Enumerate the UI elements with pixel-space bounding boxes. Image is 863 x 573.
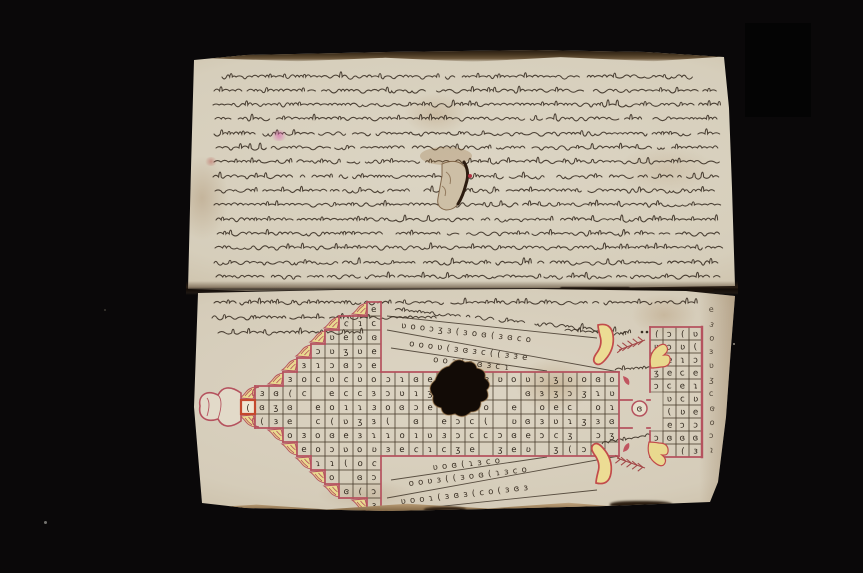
photo-backdrop: ʋooɔʒɜ(ɜoɞ(ɜɞcooooʋ(ɜɞɜc((ɜɜeooɔ(ɜɞɜcɿʋo…: [0, 0, 863, 573]
svg-text:(: (: [655, 329, 659, 339]
svg-text:ɿ: ɿ: [400, 375, 405, 385]
svg-text:e: e: [511, 403, 517, 413]
svg-text:ɞ: ɞ: [609, 417, 616, 427]
svg-text:o: o: [329, 403, 334, 413]
svg-text:ɜ: ɜ: [371, 389, 377, 400]
svg-text:ɿ: ɿ: [693, 381, 698, 391]
svg-text:ʒ: ʒ: [581, 389, 587, 400]
svg-text:c: c: [316, 375, 321, 385]
svg-text:ɜ: ɜ: [302, 431, 307, 441]
svg-text:ɜ: ɜ: [371, 417, 377, 428]
svg-text:ʋ: ʋ: [399, 389, 404, 399]
svg-text:(: (: [344, 459, 348, 469]
svg-text:ɿ: ɿ: [428, 445, 433, 455]
svg-text:ʒ: ʒ: [357, 417, 362, 427]
svg-text:e: e: [693, 368, 699, 378]
svg-text:ɔ: ɔ: [455, 417, 461, 427]
svg-text:ʒ: ʒ: [553, 445, 558, 455]
svg-text:ɞ: ɞ: [693, 433, 699, 443]
svg-text:c: c: [469, 417, 474, 427]
svg-text:ɔ: ɔ: [316, 347, 321, 357]
svg-text:ɔ: ɔ: [357, 361, 363, 372]
svg-text:ɔ: ɔ: [539, 431, 544, 441]
svg-text:ɿ: ɿ: [414, 389, 419, 399]
svg-text:ʒ: ʒ: [654, 368, 659, 378]
svg-text:o: o: [315, 445, 321, 455]
svg-text:e: e: [708, 305, 714, 314]
svg-text:ɔ: ɔ: [413, 403, 419, 413]
svg-text:c: c: [371, 319, 377, 329]
svg-text:ɞ: ɞ: [371, 333, 378, 344]
svg-text:e: e: [553, 403, 559, 413]
svg-text:ɜ: ɜ: [288, 375, 293, 385]
manuscript-top-page: [186, 48, 738, 291]
svg-text:o: o: [357, 459, 363, 469]
svg-text:ʋ: ʋ: [553, 417, 559, 427]
svg-text:ɞ: ɞ: [413, 417, 419, 427]
svg-text:ɔ: ɔ: [330, 361, 335, 371]
svg-text:e: e: [525, 431, 531, 441]
svg-text:ɜ: ɜ: [708, 319, 715, 329]
svg-text:e: e: [301, 445, 306, 455]
svg-text:ɞ: ɞ: [708, 403, 716, 413]
edge-numeral-column: eɜoɜʋʒcɞoɔɿ: [708, 305, 716, 455]
svg-text:ɿ: ɿ: [595, 389, 600, 399]
svg-text:ɿ: ɿ: [343, 403, 348, 413]
svg-text:ɞ: ɞ: [525, 389, 532, 399]
svg-text:o: o: [595, 403, 601, 413]
svg-text:ɞ: ɞ: [273, 389, 279, 399]
svg-text:ɜ: ɜ: [539, 389, 545, 399]
svg-text:ʋ: ʋ: [667, 394, 673, 404]
manuscript-bottom-page: ʋooɔʒɜ(ɜoɞ(ɜɞcooooʋ(ɜɞɜc((ɜɜeooɔ(ɜɞɜcɿʋo…: [186, 287, 738, 517]
svg-text:ɿ: ɿ: [330, 459, 335, 469]
pagoda-number-diagram: ʋooɔʒɜ(ɜoɞ(ɜɞcooooʋ(ɜɞɜc((ɜɜeooɔ(ɜɞɜcɿʋo…: [195, 292, 735, 514]
svg-text:(: (: [246, 404, 249, 414]
svg-text:ɔ: ɔ: [385, 375, 391, 386]
svg-text:c: c: [709, 389, 714, 398]
svg-text:ʒ: ʒ: [497, 445, 503, 456]
dust-speck: [104, 309, 106, 311]
svg-text:c: c: [344, 389, 349, 399]
svg-text:ɿ: ɿ: [386, 431, 391, 441]
svg-text:ʋ: ʋ: [680, 342, 685, 352]
crescent-lower-icon: [592, 444, 612, 484]
svg-text:ʒ: ʒ: [553, 389, 558, 399]
svg-text:ʋ: ʋ: [709, 361, 714, 370]
svg-text:ɔ: ɔ: [595, 431, 601, 442]
svg-text:e: e: [441, 417, 447, 427]
svg-text:ʋ: ʋ: [329, 347, 334, 357]
svg-text:e: e: [287, 417, 293, 428]
svg-text:ɞ: ɞ: [595, 375, 602, 385]
svg-text:ʋ: ʋ: [525, 375, 530, 385]
svg-text:ʋ: ʋ: [497, 375, 503, 385]
svg-text:e: e: [511, 445, 517, 455]
dust-speck: [733, 343, 735, 345]
svg-text:(: (: [288, 389, 292, 399]
svg-text:ɞ: ɞ: [343, 361, 349, 371]
svg-text:ʒ: ʒ: [567, 431, 573, 441]
svg-text:c: c: [553, 431, 559, 441]
svg-text:o: o: [708, 417, 716, 427]
svg-text:ɜ: ɜ: [693, 446, 698, 456]
svg-text:ɜ: ɜ: [371, 403, 377, 413]
svg-text:ɜ: ɜ: [540, 417, 545, 427]
svg-text:ʋ: ʋ: [357, 347, 362, 357]
svg-text:ɿ: ɿ: [357, 403, 362, 413]
edge-blotch: [424, 507, 466, 513]
svg-text:ʒ: ʒ: [553, 375, 559, 386]
svg-text:c: c: [357, 389, 362, 399]
svg-text:ɞ: ɞ: [329, 431, 335, 441]
svg-text:ʒ: ʒ: [273, 403, 279, 413]
pink-ink-mark: [270, 130, 288, 141]
svg-text:c: c: [301, 389, 307, 399]
crescent-upper-icon: [594, 324, 614, 364]
svg-text:ɜ: ɜ: [595, 417, 601, 427]
svg-text:ɿ: ɿ: [709, 445, 715, 455]
svg-text:ʋ: ʋ: [343, 417, 349, 428]
svg-text:ɞ: ɞ: [399, 403, 406, 413]
svg-text:ɔ: ɔ: [654, 381, 660, 391]
svg-text:ɞ: ɞ: [357, 473, 364, 483]
svg-text:e: e: [469, 445, 475, 455]
svg-text:ɔ: ɔ: [385, 389, 391, 399]
svg-text:ʒ: ʒ: [581, 417, 587, 427]
svg-text:ɞ: ɞ: [413, 375, 419, 385]
svg-text:ʋ: ʋ: [329, 333, 334, 343]
paper-tear: [412, 146, 484, 228]
svg-text:o: o: [399, 431, 405, 441]
svg-text:ʋ: ʋ: [511, 417, 517, 427]
svg-text:o: o: [301, 375, 307, 385]
svg-text:c: c: [483, 431, 489, 442]
svg-text:ʋ: ʋ: [343, 445, 349, 456]
svg-text:o: o: [511, 375, 517, 386]
svg-text:c: c: [413, 445, 419, 455]
svg-text:ɞ: ɞ: [667, 433, 673, 443]
svg-text:o: o: [356, 445, 363, 456]
svg-text:c: c: [442, 445, 447, 455]
svg-text:ʋ: ʋ: [329, 375, 335, 385]
svg-text:ɔ: ɔ: [693, 420, 699, 430]
svg-text:o: o: [581, 375, 587, 385]
svg-text:ʒ: ʒ: [343, 347, 349, 358]
fold-ink-mark: [688, 288, 714, 292]
svg-text:ʒ: ʒ: [709, 375, 715, 385]
svg-text:ɜ: ɜ: [301, 361, 306, 371]
svg-text:ʋ: ʋ: [525, 445, 531, 456]
svg-text:c: c: [343, 375, 349, 385]
svg-text:ʋ: ʋ: [427, 431, 433, 441]
svg-text:ɞ: ɞ: [524, 417, 531, 428]
red-ink-smudge: [204, 157, 218, 166]
svg-text:ɔ: ɔ: [330, 445, 335, 455]
svg-text:ɔ: ɔ: [371, 487, 377, 498]
svg-text:(: (: [681, 329, 685, 339]
svg-text:o: o: [483, 403, 489, 413]
svg-text:o: o: [609, 375, 614, 385]
svg-text:e: e: [315, 403, 320, 413]
svg-text:ɔ: ɔ: [372, 473, 377, 483]
svg-text:c: c: [679, 368, 685, 379]
svg-text:ɞ: ɞ: [637, 405, 643, 415]
svg-text:ɿ: ɿ: [413, 431, 419, 441]
svg-text:c: c: [469, 431, 475, 442]
svg-text:e: e: [667, 420, 673, 430]
svg-text:ɔ: ɔ: [679, 420, 685, 430]
svg-text:ʋ: ʋ: [609, 389, 614, 399]
svg-text:c: c: [680, 394, 685, 404]
svg-text:ɿ: ɿ: [315, 459, 320, 469]
svg-text:e: e: [371, 361, 377, 371]
svg-text:(: (: [667, 407, 671, 417]
svg-text:ʒ: ʒ: [455, 445, 460, 455]
dust-speck: [44, 521, 47, 524]
svg-text:ɞ: ɞ: [287, 403, 293, 413]
svg-text:e: e: [680, 381, 686, 391]
svg-text:e: e: [399, 445, 404, 455]
svg-text:ɔ: ɔ: [498, 431, 503, 441]
svg-text:(: (: [484, 417, 489, 427]
svg-text:ɜ: ɜ: [357, 431, 362, 441]
svg-text:ɜ: ɜ: [441, 431, 447, 442]
svg-text:ɿ: ɿ: [680, 355, 685, 365]
svg-text:c: c: [316, 417, 321, 427]
svg-text:e: e: [329, 389, 335, 400]
svg-text:o: o: [287, 431, 293, 441]
svg-text:ʋ: ʋ: [371, 445, 377, 455]
svg-text:ɿ: ɿ: [316, 361, 321, 371]
svg-text:ɔ: ɔ: [582, 445, 587, 455]
svg-text:ɞ: ɞ: [343, 487, 350, 498]
svg-text:ɔ: ɔ: [455, 431, 460, 441]
svg-text:ɿ: ɿ: [357, 319, 362, 329]
svg-text:e: e: [343, 333, 349, 343]
svg-text:(: (: [358, 487, 362, 497]
svg-text:ɜ: ɜ: [273, 417, 278, 427]
svg-text:o: o: [385, 403, 391, 413]
svg-text:c: c: [666, 381, 672, 392]
svg-text:o: o: [329, 473, 335, 483]
svg-text:ʋ: ʋ: [680, 407, 686, 417]
svg-text:(: (: [330, 417, 334, 427]
svg-text:ɔ: ɔ: [539, 375, 545, 385]
svg-text:e: e: [371, 305, 377, 316]
svg-text:e: e: [371, 347, 376, 357]
svg-text:ʋ: ʋ: [357, 375, 363, 385]
red-dot-mark: [468, 174, 472, 178]
svg-text:(: (: [693, 342, 697, 352]
svg-text:ɜ: ɜ: [386, 445, 391, 455]
shadow-patch: [745, 23, 811, 117]
svg-text:(: (: [681, 446, 685, 456]
svg-text:e: e: [427, 403, 433, 413]
svg-text:o: o: [315, 431, 321, 441]
svg-text:o: o: [567, 375, 573, 385]
svg-text:ɔ: ɔ: [693, 355, 698, 365]
svg-text:(: (: [386, 417, 390, 427]
svg-text:e: e: [667, 368, 673, 378]
svg-text:(: (: [260, 417, 263, 427]
svg-text:c: c: [343, 319, 349, 330]
svg-text:ɔ: ɔ: [709, 431, 713, 440]
svg-text:o: o: [371, 375, 377, 385]
edge-blotch: [610, 501, 672, 509]
svg-text:ʒ: ʒ: [609, 431, 614, 441]
svg-text:ɿ: ɿ: [567, 417, 572, 427]
svg-text:c: c: [371, 459, 377, 470]
svg-text:ʋ: ʋ: [693, 329, 698, 339]
svg-text:o: o: [709, 333, 716, 343]
svg-text:o: o: [539, 403, 545, 413]
svg-text:e: e: [343, 431, 348, 441]
svg-text:c: c: [567, 403, 573, 414]
svg-text:ɿ: ɿ: [371, 431, 376, 441]
svg-text:ɞ: ɞ: [679, 433, 686, 443]
svg-text:e: e: [693, 407, 699, 417]
svg-text:ɔ: ɔ: [567, 389, 573, 399]
svg-text:ɞ: ɞ: [511, 431, 517, 441]
svg-text:ɜ: ɜ: [709, 347, 713, 356]
svg-text:ɿ: ɿ: [610, 403, 615, 413]
svg-text:ʋ: ʋ: [693, 394, 699, 404]
svg-text:ɜ: ɜ: [259, 389, 265, 399]
svg-text:(: (: [568, 445, 572, 455]
svg-text:ɔ: ɔ: [666, 329, 672, 340]
svg-text:ɞ: ɞ: [259, 403, 265, 413]
svg-text:o: o: [357, 333, 363, 344]
